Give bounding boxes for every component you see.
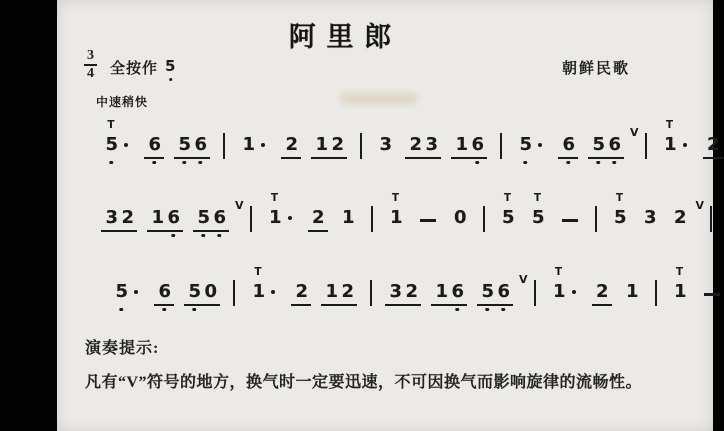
breath-mark: V	[696, 200, 705, 211]
note-digit: 2	[332, 136, 343, 154]
augmentation-dot	[271, 290, 275, 294]
song-title: 阿 里 郎	[171, 15, 511, 54]
barline	[645, 133, 647, 159]
tonguing-mark: T	[534, 193, 541, 204]
barline	[360, 133, 362, 159]
beat-group: T1	[670, 282, 690, 306]
note-digit: 5	[502, 209, 513, 227]
sheet-music-page: 阿 里 郎 3 4 全按作 5 朝鲜民歌 中速稍快 T5656121232316…	[57, 0, 713, 431]
note-digit: 2	[406, 283, 417, 301]
barline	[500, 133, 502, 159]
augmentation-dot	[683, 143, 687, 147]
low-octave-dot	[152, 161, 156, 165]
barline	[710, 206, 712, 232]
performance-tips-heading: 演奏提示:	[85, 335, 159, 358]
note: 3	[390, 282, 401, 301]
beamed-beat-group: 12	[311, 135, 347, 159]
breath-mark: V	[235, 200, 244, 211]
beat-group: 0	[450, 208, 470, 232]
barline	[655, 280, 657, 306]
note: T5	[532, 208, 543, 227]
tonguing-mark: T	[392, 193, 399, 204]
note: 5	[179, 135, 190, 154]
beat-group: 1	[238, 135, 271, 159]
beamed-beat-group: 2	[308, 208, 328, 232]
note: 1	[626, 282, 637, 301]
note-digit: 2	[707, 136, 718, 154]
beamed-beat-group: 2	[281, 135, 301, 159]
time-signature-denominator: 4	[87, 67, 94, 81]
augmentation-dot	[261, 143, 265, 147]
note-digit: 2	[674, 209, 685, 227]
note: 6	[563, 135, 574, 154]
note: 6	[214, 208, 225, 227]
note-digit: 1	[456, 136, 467, 154]
tonguing-mark: T	[271, 193, 278, 204]
low-octave-dot	[182, 161, 186, 165]
barline	[250, 206, 252, 232]
note: 3	[426, 135, 437, 154]
low-octave-dot	[455, 308, 459, 312]
tempo-marking: 中速稍快	[96, 93, 148, 110]
beat-group: 3	[640, 208, 660, 232]
note: 1	[436, 282, 447, 301]
note-digit: 5	[198, 209, 209, 227]
beat-group: T1	[265, 208, 298, 232]
note-digit: 6	[195, 136, 206, 154]
note: T1	[390, 208, 401, 227]
measure: T532V	[605, 200, 703, 232]
note: T1	[674, 282, 685, 301]
paper-smudge	[340, 92, 418, 105]
beamed-beat-group: 2	[703, 135, 723, 159]
note: 1	[243, 135, 254, 154]
beat-group: T5	[528, 208, 548, 232]
note: T1	[253, 282, 264, 301]
note: 6	[609, 135, 620, 154]
music-line: 5650T1212321656VT121T10	[105, 280, 724, 306]
breath-mark: V	[630, 127, 639, 138]
augmentation-dot	[572, 290, 576, 294]
low-octave-dot	[162, 308, 166, 312]
note: 3	[644, 208, 655, 227]
low-octave-dot	[566, 161, 570, 165]
augmentation-dot	[288, 216, 292, 220]
note: 0	[205, 282, 216, 301]
note-digit: 1	[553, 283, 564, 301]
beat-group: T1	[248, 282, 281, 306]
beat-group: 3	[375, 135, 395, 159]
note: 2	[410, 135, 421, 154]
performance-tips-text: 凡有“V”符号的地方，换气时一定要迅速，不可因换气而影响旋律的流畅性。	[85, 369, 642, 392]
note-digit: 2	[286, 136, 297, 154]
note: 5	[189, 282, 200, 301]
measure: T32316	[720, 208, 724, 232]
augmentation-dot	[538, 143, 542, 147]
note: T1	[269, 208, 280, 227]
note-digit: 6	[149, 136, 160, 154]
note: 2	[312, 208, 323, 227]
note-digit: 3	[390, 283, 401, 301]
note-digit: 3	[380, 136, 391, 154]
note: 5	[482, 282, 493, 301]
note-digit: 2	[312, 209, 323, 227]
low-octave-dot	[217, 234, 221, 238]
fingering-key-label: 全按作	[110, 57, 158, 78]
tonguing-mark: T	[616, 193, 623, 204]
note: 1	[342, 208, 353, 227]
note-digit: 5	[179, 136, 190, 154]
measure: T1212	[655, 135, 724, 159]
measure: 321656V	[380, 274, 526, 306]
tonguing-mark: T	[254, 267, 261, 278]
note-digit: 6	[609, 136, 620, 154]
beat-group: T5	[610, 208, 630, 232]
low-octave-dot	[201, 234, 205, 238]
fingering-key: 全按作 5	[110, 57, 176, 78]
breath-mark: V	[519, 274, 528, 285]
note-digit: 6	[472, 136, 483, 154]
note: T1	[553, 282, 564, 301]
low-octave-dot	[612, 161, 616, 165]
measure: T121	[544, 282, 647, 306]
note-digit: 5	[189, 283, 200, 301]
note: 5	[520, 135, 531, 154]
letterbox-left	[0, 0, 57, 431]
note-digit: 5	[116, 283, 127, 301]
note: 2	[296, 282, 307, 301]
rest-digit: 0	[454, 209, 465, 227]
note-digit: 1	[316, 136, 327, 154]
low-octave-dot	[171, 234, 175, 238]
note-digit: 2	[410, 136, 421, 154]
beat-group: 2	[670, 208, 690, 232]
note: T5	[502, 208, 513, 227]
note: 2	[674, 208, 685, 227]
note-digit: 6	[214, 209, 225, 227]
note-digit: 3	[426, 136, 437, 154]
beat-group: T5	[498, 208, 518, 232]
low-octave-dot	[475, 161, 479, 165]
note: 2	[596, 282, 607, 301]
beamed-beat-group: 6	[558, 135, 578, 159]
measure: T5656	[96, 135, 215, 159]
beamed-beat-group: 56	[588, 135, 624, 159]
beamed-beat-group: 6	[154, 282, 174, 306]
beamed-beat-group: 56	[477, 282, 513, 306]
barline	[370, 280, 372, 306]
note-digit: 1	[674, 283, 685, 301]
note: 1	[456, 135, 467, 154]
note-digit: 1	[152, 209, 163, 227]
note-digit: 5	[614, 209, 625, 227]
beat-group: T5	[101, 135, 134, 159]
measure: 32316	[370, 135, 492, 159]
note-digit: 5	[106, 136, 117, 154]
beat-group: 5	[111, 282, 144, 306]
note-digit: 2	[596, 283, 607, 301]
low-octave-dot	[198, 161, 202, 165]
note: 5	[198, 208, 209, 227]
beat-group: T1	[660, 135, 693, 159]
note: 2	[332, 135, 343, 154]
measure: 321656V	[96, 200, 242, 232]
measure: 5650	[106, 282, 225, 306]
measure: T10	[665, 282, 724, 306]
beat-group: 1	[622, 282, 642, 306]
note: 1	[316, 135, 327, 154]
note-digit: 1	[626, 283, 637, 301]
note: 2	[286, 135, 297, 154]
note-digit: 3	[644, 209, 655, 227]
beamed-beat-group: 16	[451, 135, 487, 159]
composer-credit: 朝鲜民歌	[562, 57, 630, 78]
low-octave-dot	[485, 308, 489, 312]
beamed-beat-group: 32	[385, 282, 421, 306]
note-digit: 6	[168, 209, 179, 227]
low-octave-dot	[119, 308, 123, 312]
note-digit: 6	[498, 283, 509, 301]
augmentation-dot	[134, 290, 138, 294]
note-digit: 1	[269, 209, 280, 227]
barline	[595, 206, 597, 232]
low-octave-dot	[192, 308, 196, 312]
tonguing-mark: T	[107, 120, 114, 131]
beat-group: T1	[386, 208, 406, 232]
time-signature-numerator: 3	[87, 49, 94, 63]
beat-group: 5	[515, 135, 548, 159]
barline	[483, 206, 485, 232]
note-digit: 1	[390, 209, 401, 227]
barline	[534, 280, 536, 306]
note: 3	[380, 135, 391, 154]
tonguing-mark: T	[676, 267, 683, 278]
note: 6	[472, 135, 483, 154]
measure: 5656V	[510, 127, 637, 159]
note: 1	[326, 282, 337, 301]
note-digit: 6	[452, 283, 463, 301]
note: 6	[159, 282, 170, 301]
measure: T1212	[243, 282, 362, 306]
beamed-beat-group: 2	[592, 282, 612, 306]
note: 0	[454, 208, 465, 227]
note: 6	[149, 135, 160, 154]
beamed-beat-group: 23	[405, 135, 441, 159]
note: 2	[122, 208, 133, 227]
note: 6	[195, 135, 206, 154]
fingering-key-digit-text: 5	[165, 57, 176, 75]
note-digit: 2	[296, 283, 307, 301]
note-digit: 1	[664, 136, 675, 154]
low-octave-dot	[501, 308, 505, 312]
note: 6	[168, 208, 179, 227]
note: 2	[406, 282, 417, 301]
note-digit: 1	[326, 283, 337, 301]
tonguing-mark: T	[666, 120, 673, 131]
note: 5	[593, 135, 604, 154]
note-digit: 6	[159, 283, 170, 301]
note: 2	[707, 135, 718, 154]
dash-extension	[704, 293, 720, 296]
beamed-beat-group: 6	[144, 135, 164, 159]
note: 6	[498, 282, 509, 301]
note: 1	[152, 208, 163, 227]
note: T5	[614, 208, 625, 227]
tonguing-mark: T	[504, 193, 511, 204]
low-octave-dot	[169, 78, 173, 82]
note: 6	[452, 282, 463, 301]
note-digit: 5	[593, 136, 604, 154]
beamed-beat-group: 50	[184, 282, 220, 306]
note-digit: 1	[253, 283, 264, 301]
music-line: 321656VT121T10T5T5T532VT32316	[95, 206, 724, 232]
measure: 1212	[233, 135, 352, 159]
beat-group: 1	[338, 208, 358, 232]
beamed-beat-group: 12	[321, 282, 357, 306]
fingering-key-digit: 5	[165, 57, 176, 75]
beamed-beat-group: 56	[174, 135, 210, 159]
dash-extension	[420, 219, 436, 222]
note: T1	[664, 135, 675, 154]
note-digit: 6	[563, 136, 574, 154]
low-octave-dot	[596, 161, 600, 165]
note-digit: 1	[436, 283, 447, 301]
rest-digit: 0	[205, 283, 216, 301]
note: 3	[106, 208, 117, 227]
barline	[233, 280, 235, 306]
time-signature: 3 4	[84, 49, 97, 81]
measure: T10	[381, 208, 475, 232]
note-digit: 5	[532, 209, 543, 227]
beamed-beat-group: 2	[291, 282, 311, 306]
note: T5	[106, 135, 117, 154]
note-digit: 2	[342, 283, 353, 301]
low-octave-dot	[109, 161, 113, 165]
beamed-beat-group: 56	[193, 208, 229, 232]
augmentation-dot	[124, 143, 128, 147]
beat-group: T1	[549, 282, 582, 306]
barline	[223, 133, 225, 159]
note-digit: 5	[520, 136, 531, 154]
note-digit: 3	[106, 209, 117, 227]
dash-extension	[562, 219, 578, 222]
note-digit: 2	[122, 209, 133, 227]
music-line: T56561212323165656VT1212	[95, 133, 724, 159]
note-digit: 1	[342, 209, 353, 227]
tonguing-mark: T	[555, 267, 562, 278]
measure: T5T5	[493, 208, 587, 232]
beamed-beat-group: 32	[101, 208, 137, 232]
beamed-beat-group: 16	[431, 282, 467, 306]
measure: T121	[260, 208, 363, 232]
note-digit: 5	[482, 283, 493, 301]
note-digit: 1	[243, 136, 254, 154]
beamed-beat-group: 16	[147, 208, 183, 232]
note: 5	[116, 282, 127, 301]
low-octave-dot	[523, 161, 527, 165]
note: 2	[342, 282, 353, 301]
video-frame: 阿 里 郎 3 4 全按作 5 朝鲜民歌 中速稍快 T5656121232316…	[0, 0, 724, 431]
barline	[371, 206, 373, 232]
